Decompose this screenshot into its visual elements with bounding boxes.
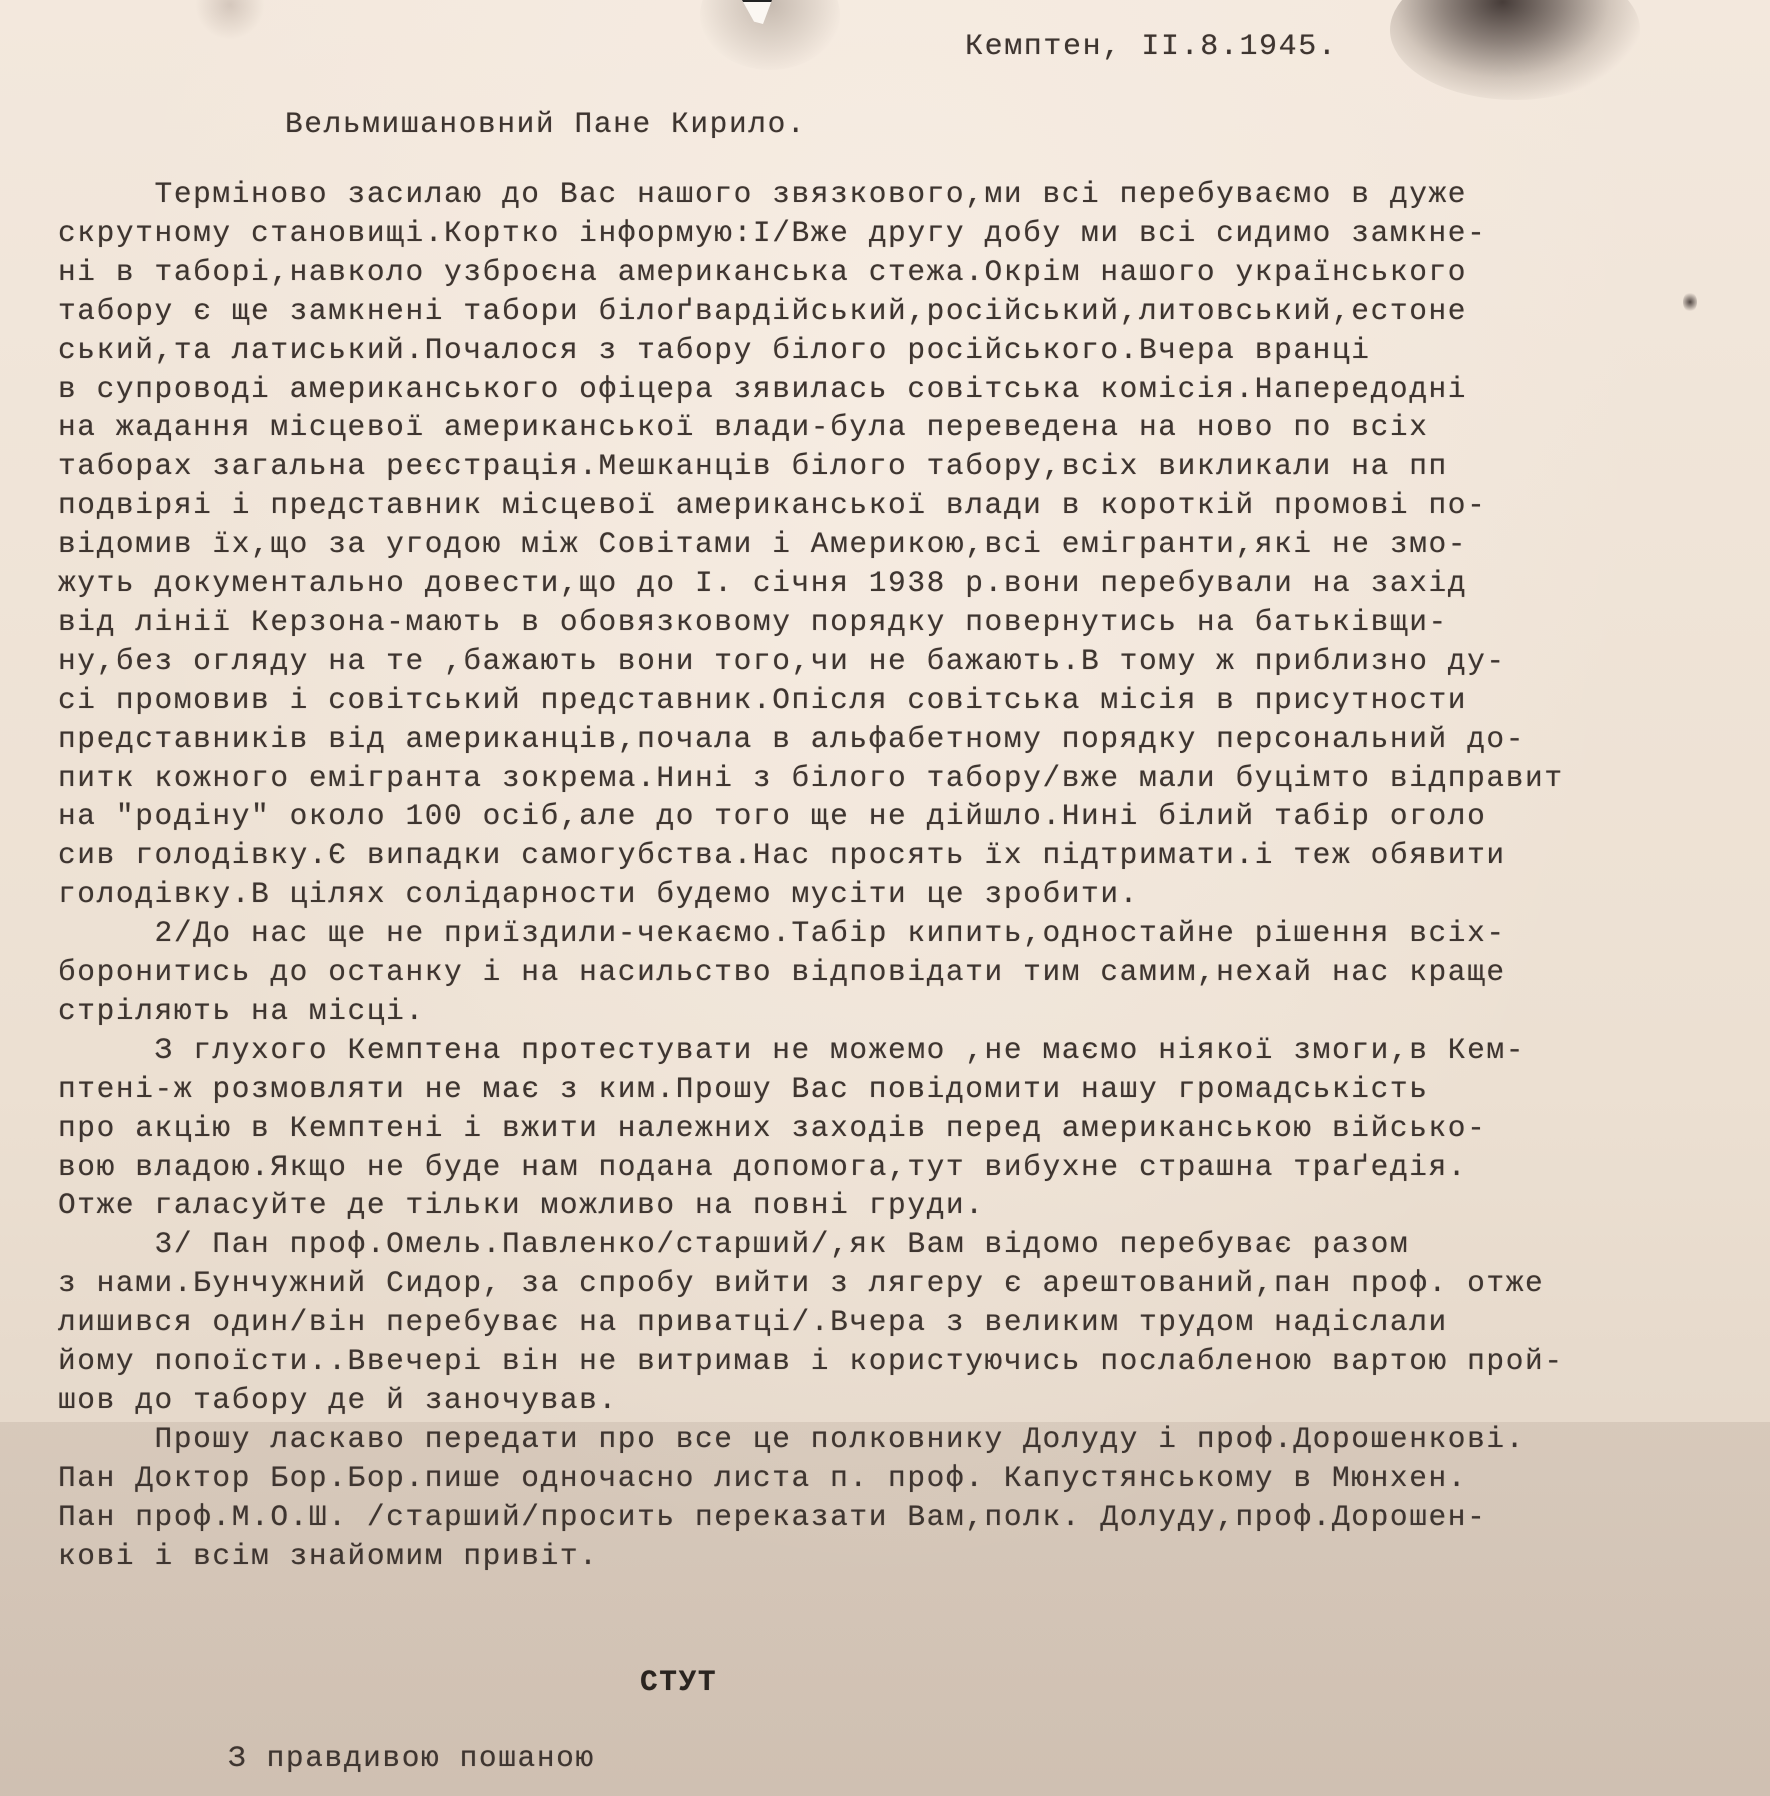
body-line: подвіряі і представник місцевої американ… <box>58 491 1486 521</box>
body-line: ні в таборі,навколо узброєна американськ… <box>58 258 1467 288</box>
body-line: З глухого Кемптена протестувати не можем… <box>58 1036 1525 1066</box>
body-line: Пан проф.М.О.Ш. /старший/просить переказ… <box>58 1503 1486 1533</box>
body-line: вою владою.Якщо не буде нам подана допом… <box>58 1153 1467 1183</box>
body-line: стріляють на місці. <box>58 997 425 1027</box>
body-line: боронитись до останку і на насильство ві… <box>58 958 1506 988</box>
body-line: про акцію в Кемптені і вжити належних за… <box>58 1114 1486 1144</box>
closing-phrase: З правдивою пошаною <box>228 1744 595 1774</box>
body-line: жуть документально довести,що до I. січн… <box>58 569 1467 599</box>
body-line: Прошу ласкаво передати про все це полков… <box>58 1425 1525 1455</box>
body-line: від лінії Керзона-мають в обовязковому п… <box>58 608 1448 638</box>
body-line: питк кожного емігранта зокрема.Нині з бі… <box>58 764 1564 794</box>
body-line: Отже галасуйте де тільки можливо на повн… <box>58 1191 985 1221</box>
body-line: ський,та латиський.Почалося з табору біл… <box>58 336 1371 366</box>
body-line: представників від американців,почала в а… <box>58 725 1525 755</box>
paper-tear <box>742 0 772 24</box>
body-line: кові і всім знайомим привіт. <box>58 1542 598 1572</box>
body-line: сі промовив і совітський представник.Опі… <box>58 686 1467 716</box>
stain <box>195 0 265 40</box>
ink-blot <box>1683 292 1697 312</box>
body-line: на "родіну" около 100 осіб,але до того щ… <box>58 802 1486 832</box>
body-line: 3/ Пан проф.Омель.Павленко/старший/,як В… <box>58 1230 1409 1260</box>
ink-stain <box>1390 0 1640 100</box>
stain <box>700 0 840 70</box>
body-line: скрутному становищі.Кортко інформую:I/Вж… <box>58 219 1486 249</box>
body-line: ну,без огляду на те ,бажають вони того,ч… <box>58 647 1506 677</box>
body-line: Терміново засилаю до Вас нашого звязково… <box>58 180 1467 210</box>
salutation: Вельмишановний Пане Кирило. <box>285 110 806 140</box>
body-line: лишився один/він перебуває на приватці/.… <box>58 1308 1448 1338</box>
body-line: в супроводі американського офіцера зявил… <box>58 375 1467 405</box>
body-line: йому попоїсти..Ввечері він не витримав і… <box>58 1347 1564 1377</box>
signature: СТУТ <box>640 1668 717 1698</box>
place-date: Кемптен, II.8.1945. <box>965 32 1337 62</box>
body-line: птені-ж розмовляти не має з ким.Прошу Ва… <box>58 1075 1429 1105</box>
body-line: шов до табору де й заночував. <box>58 1386 618 1416</box>
body-line: з нами.Бунчужний Сидор, за спробу вийти … <box>58 1269 1544 1299</box>
body-line: табору є ще замкнені табори білоґвардійс… <box>58 297 1467 327</box>
body-line: відомив їх,що за угодою між Совітами і А… <box>58 530 1467 560</box>
body-line: сив голодівку.Є випадки самогубства.Нас … <box>58 841 1506 871</box>
body-line: Пан Доктор Бор.Бор.пише одночасно листа … <box>58 1464 1467 1494</box>
body-line: таборах загальна реєстрація.Мешканців бі… <box>58 452 1448 482</box>
body-line: 2/До нас ще не приїздили-чекаємо.Табір к… <box>58 919 1506 949</box>
body-line: на жадання місцевої американської влади-… <box>58 413 1429 443</box>
body-line: голодівку.В цілях солідарности будемо му… <box>58 880 1139 910</box>
